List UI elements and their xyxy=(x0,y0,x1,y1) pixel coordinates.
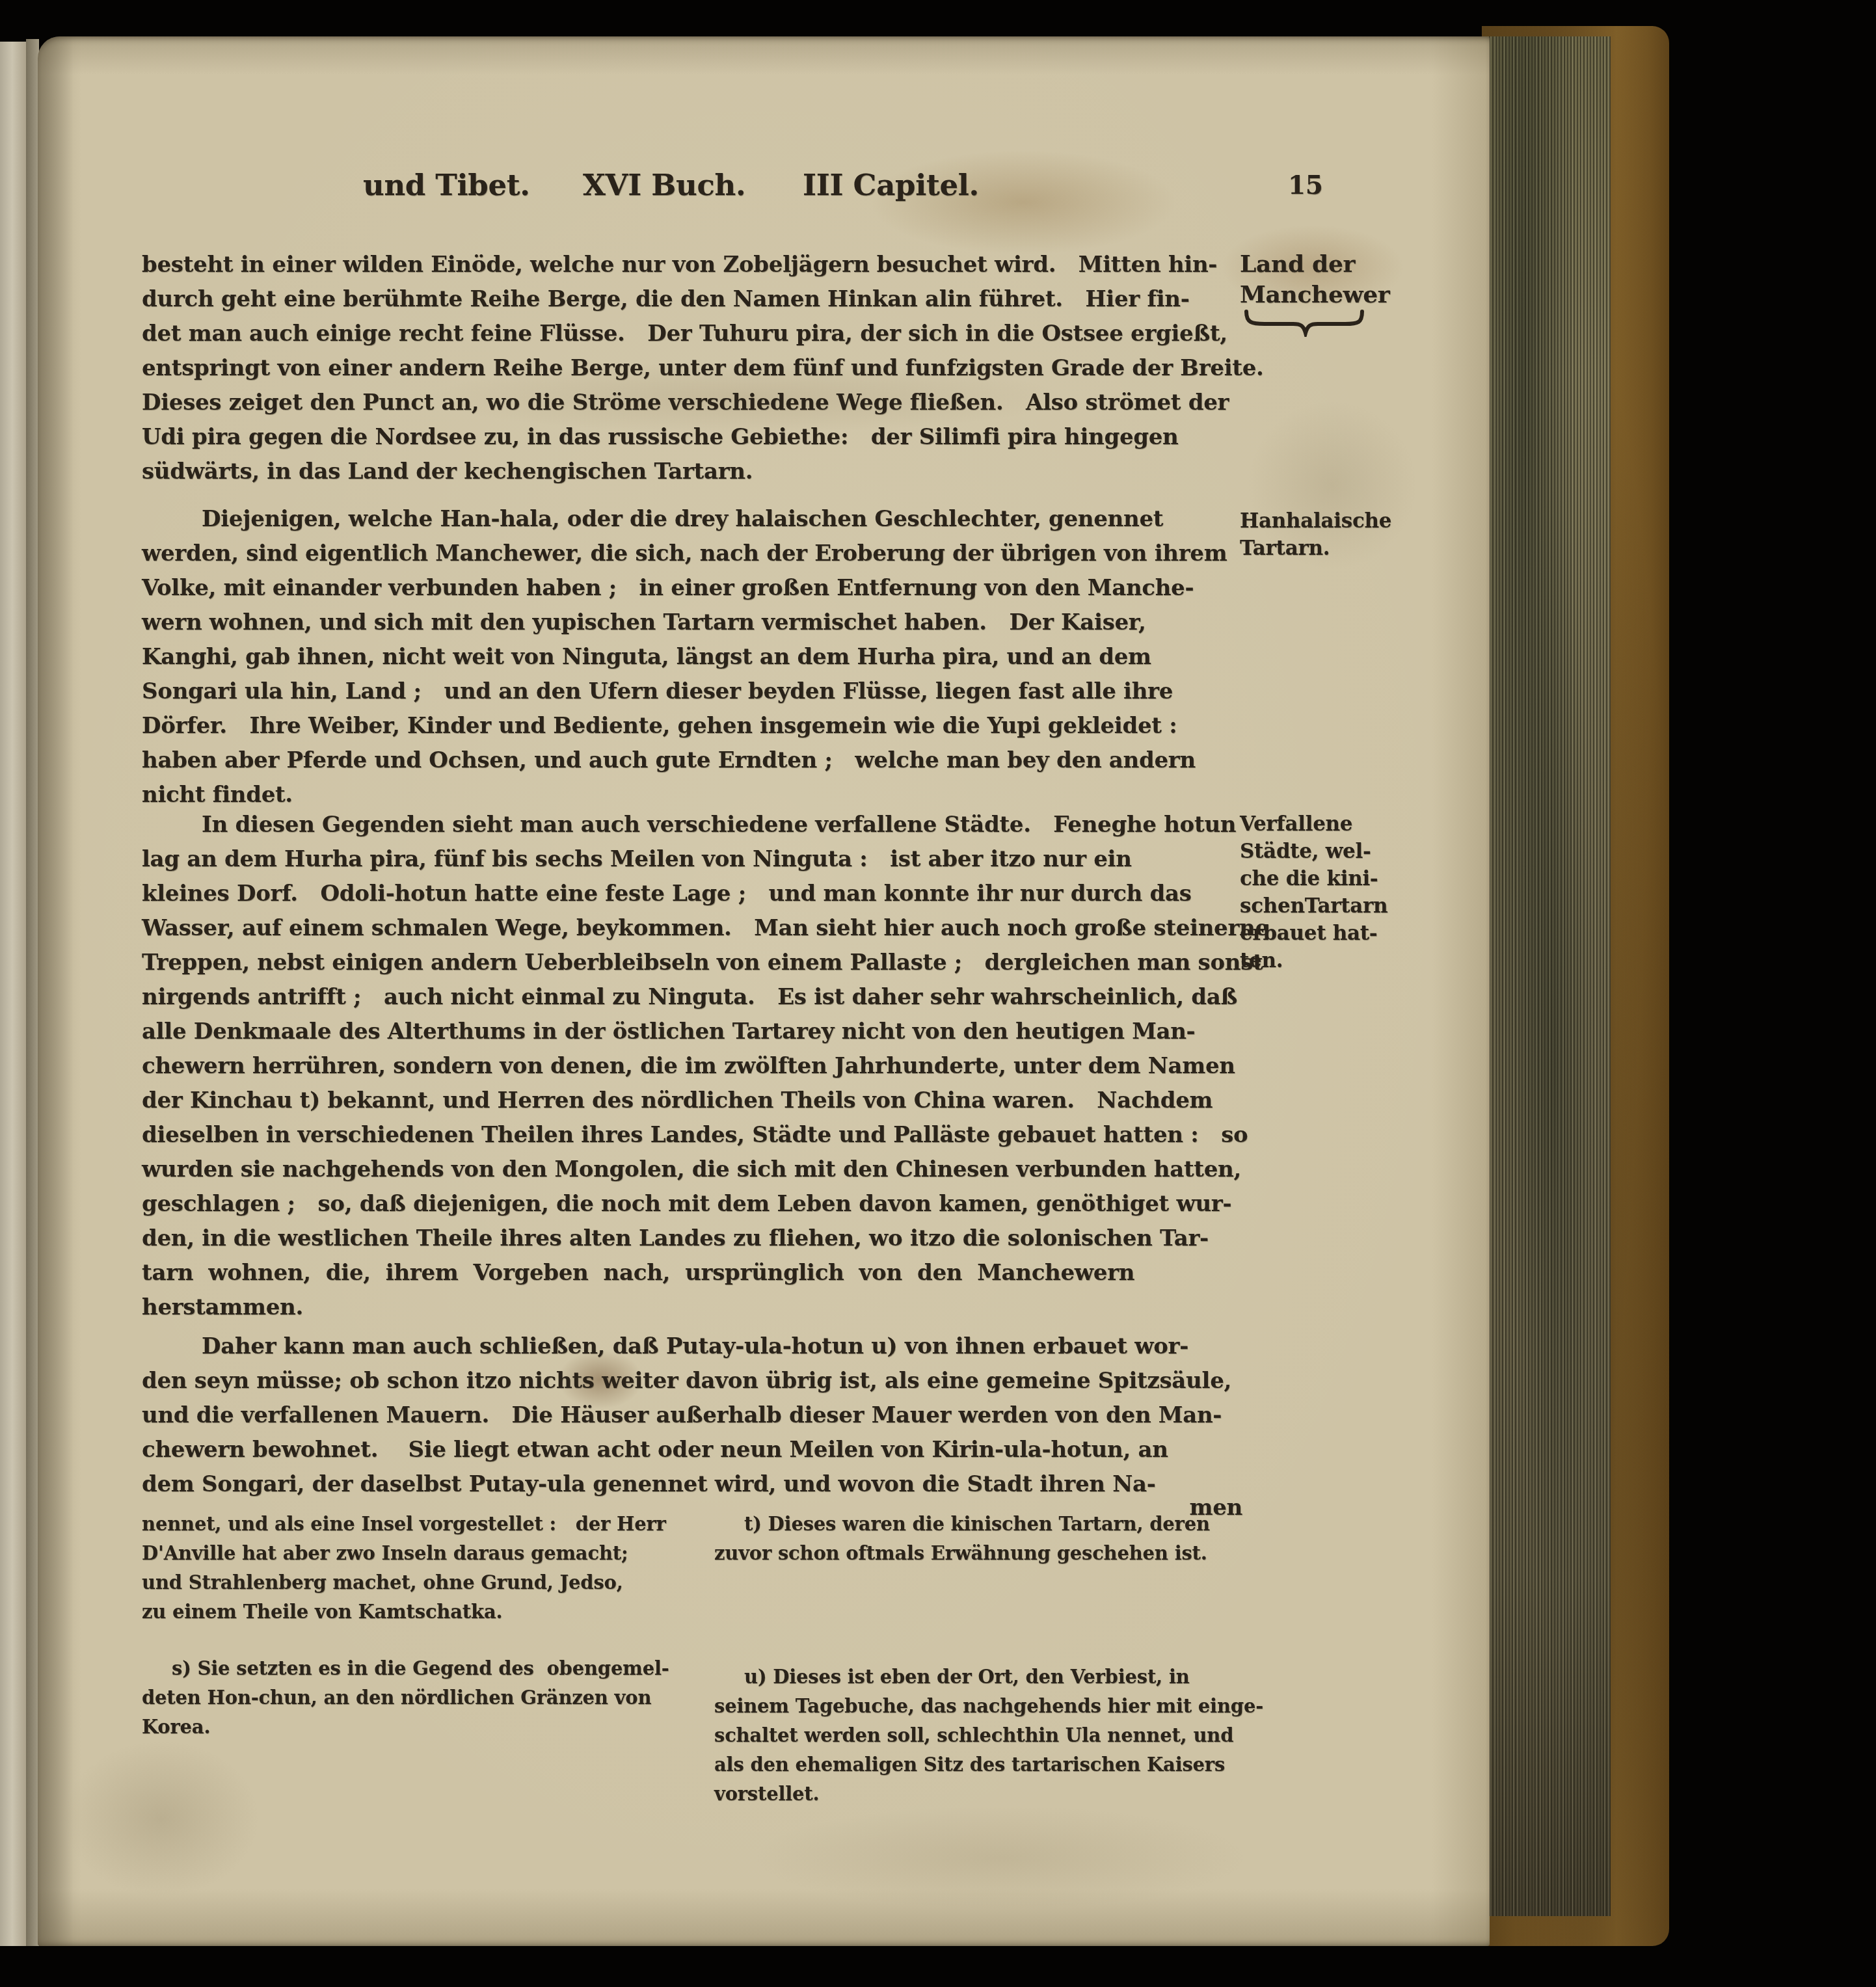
paragraph-3: In diesen Gegenden sieht man auch versch… xyxy=(142,808,1242,1325)
paragraph-4: Daher kann man auch schließen, daß Putay… xyxy=(142,1329,1242,1502)
gutter-shadow xyxy=(38,36,74,1946)
paper-stain xyxy=(870,150,1176,254)
paragraph-2: Diejenigen, welche Han-hala, oder die dr… xyxy=(142,502,1242,812)
page-block-fore-edge xyxy=(1486,36,1611,1916)
book-title: XVI Buch. xyxy=(583,168,745,202)
paragraph-1: besteht in einer wilden Einöde, welche n… xyxy=(142,248,1242,489)
footnote-u: u) Dieses ist eben der Ort, den Verbiest… xyxy=(714,1662,1241,1809)
margin-note-land-der-manchewer: Land der Manchewer xyxy=(1240,249,1488,310)
chapter-title: III Capitel. xyxy=(803,168,979,202)
footnote-s: s) Sie setzten es in die Gegend des oben… xyxy=(142,1654,669,1742)
margin-note-verfallene-staedte: Verfallene Städte, wel- che die kini- sc… xyxy=(1240,810,1488,974)
page: und Tibet. XVI Buch. III Capitel. 15 bes… xyxy=(38,36,1490,1946)
paper-stain xyxy=(64,1740,259,1897)
underbrace-icon xyxy=(1242,310,1366,337)
left-page-crease xyxy=(26,39,39,1946)
margin-note-hanhalaische-tartarn: Hanhalaische Tartarn. xyxy=(1240,507,1488,562)
paper-stain xyxy=(753,1806,1248,1910)
footnote-continuation: nennet, und als eine Insel vorgestellet … xyxy=(142,1510,669,1627)
book-scan: { "document": { "header": { "running_tit… xyxy=(0,0,1876,1987)
page-number: 15 xyxy=(1288,170,1323,200)
footnote-t: t) Dieses waren die kinischen Tartarn, d… xyxy=(714,1510,1241,1568)
running-title: und Tibet. xyxy=(363,168,530,202)
left-page-edge xyxy=(0,42,27,1946)
